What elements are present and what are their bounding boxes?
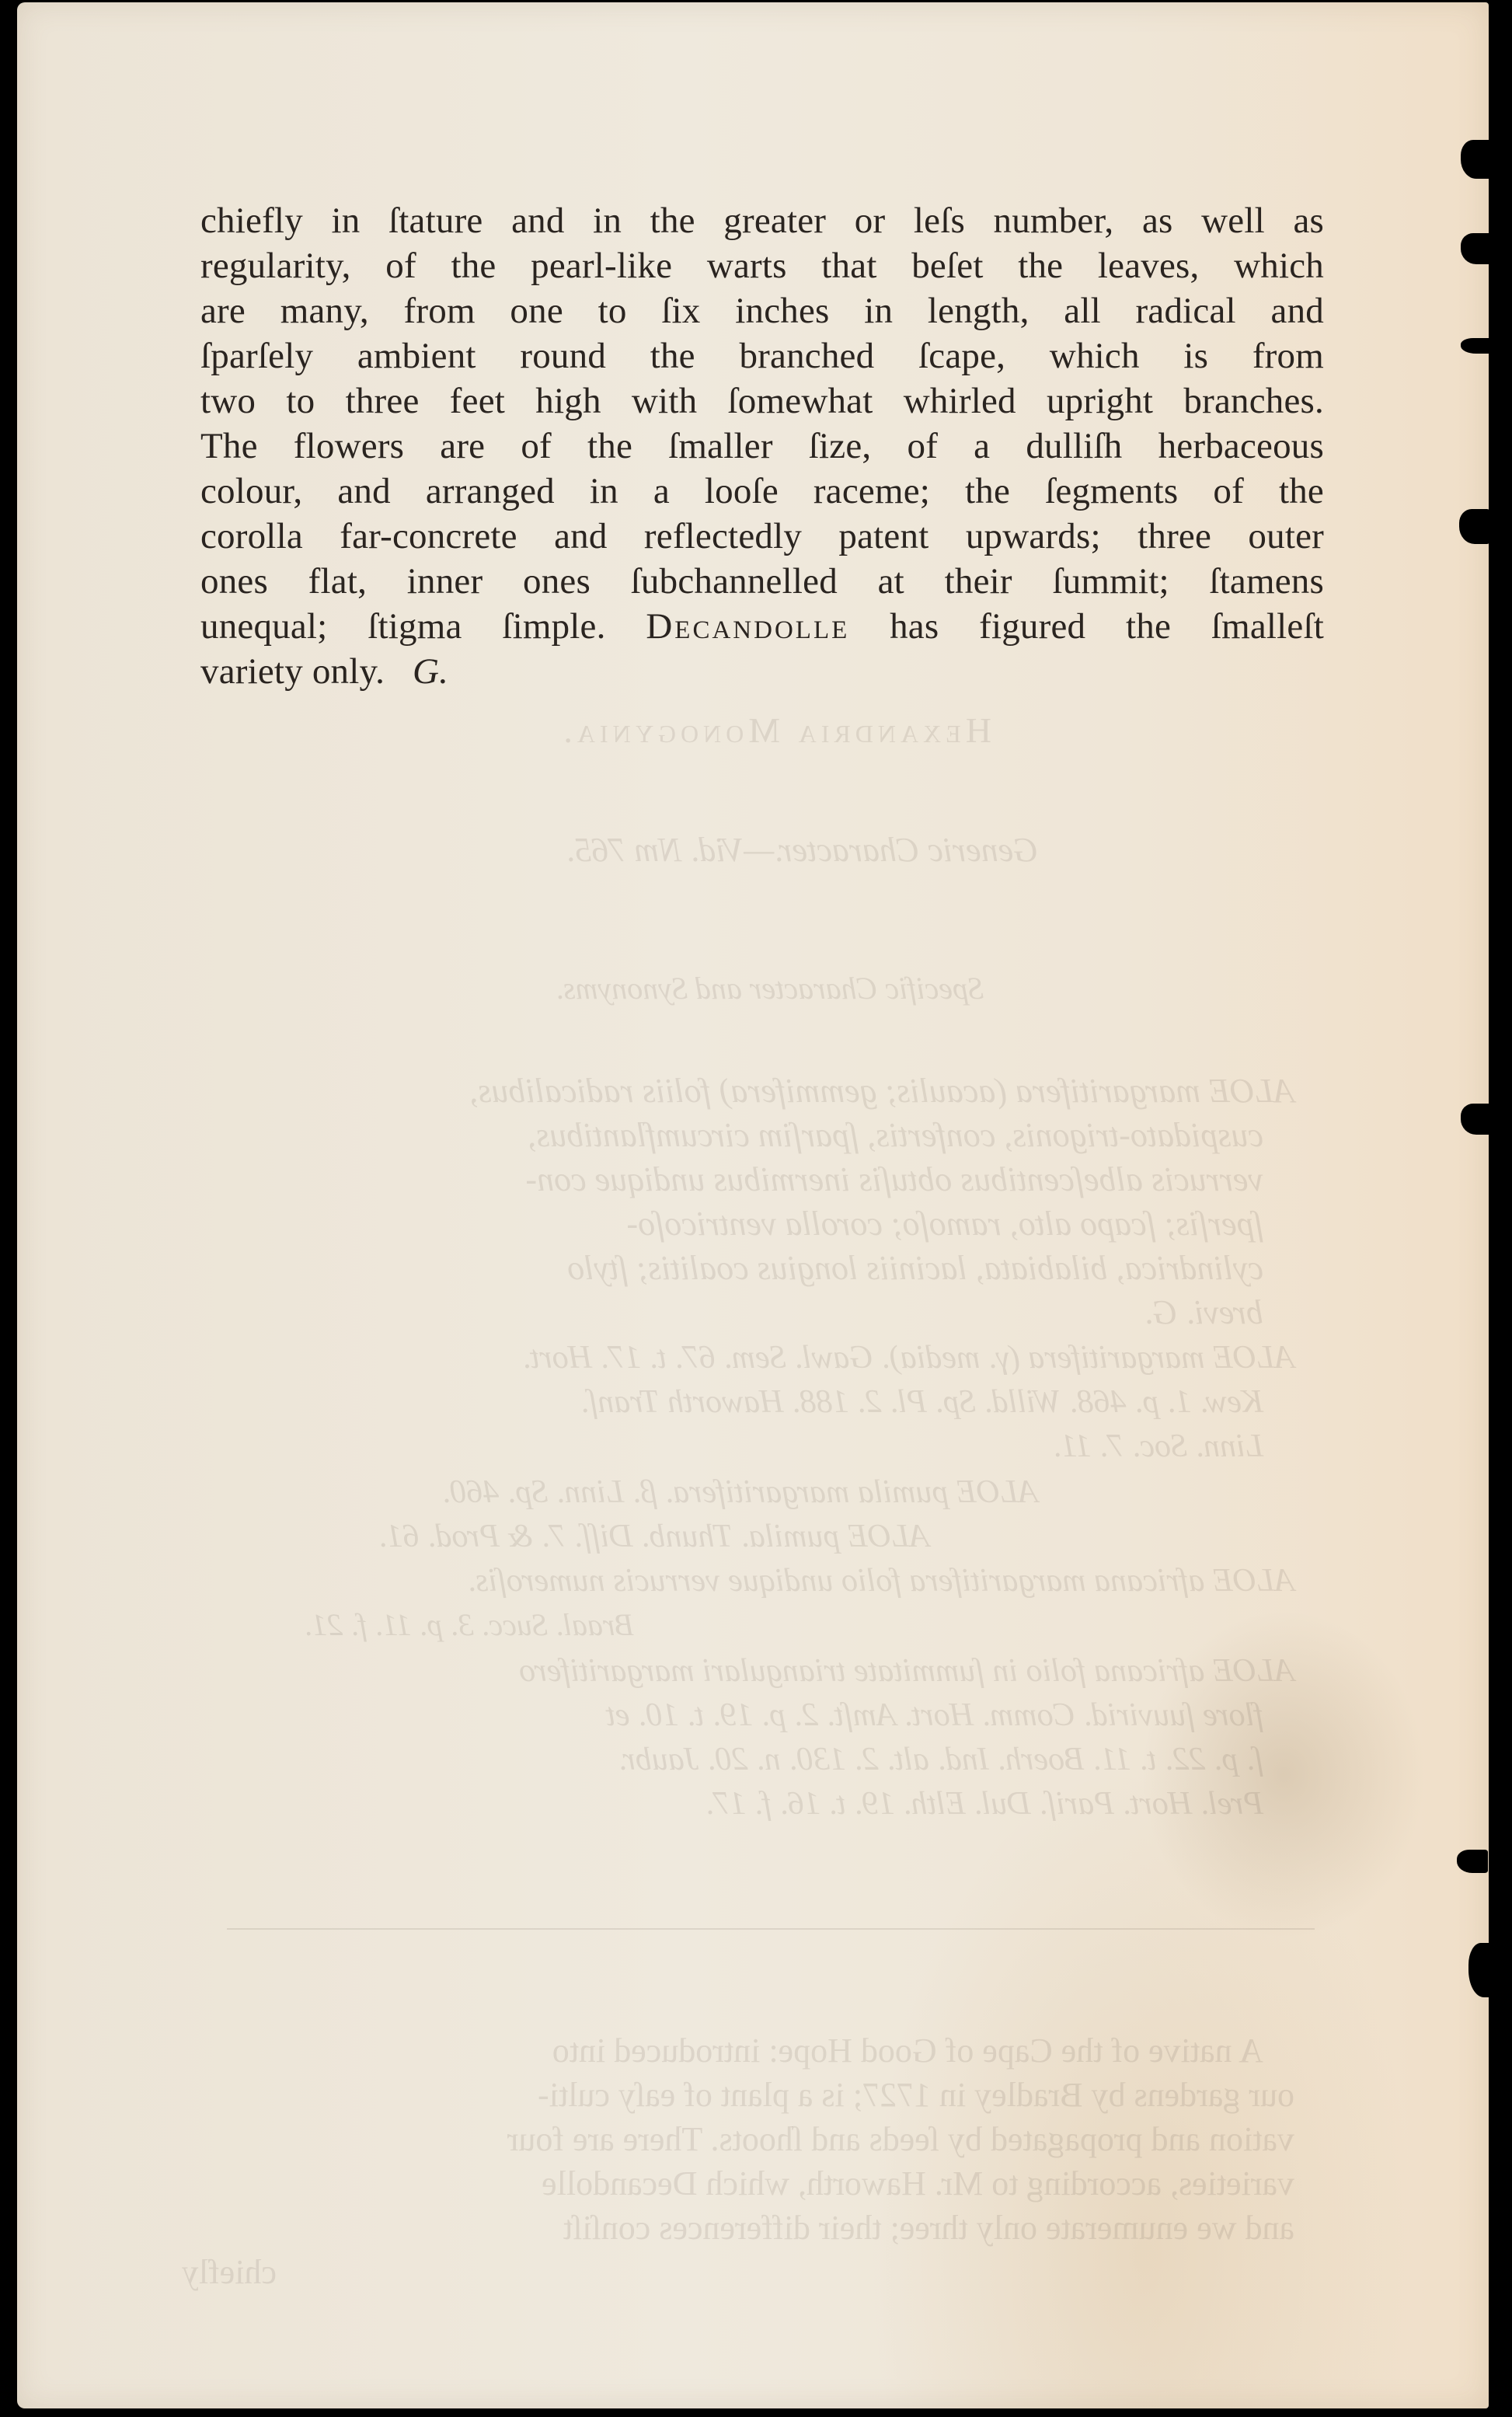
bleed-line: brevi. G. bbox=[1144, 1292, 1263, 1332]
bleed-line: ALOE africana folio in ſummitate triangu… bbox=[519, 1652, 1294, 1690]
bleed-line: chiefly bbox=[182, 2252, 277, 2292]
page-edge-tear bbox=[1461, 233, 1492, 264]
page-edge-tear bbox=[1468, 1943, 1500, 1997]
author-name: Decandolle bbox=[646, 606, 849, 647]
page-edge-tear bbox=[1461, 1104, 1492, 1135]
text-line: unequal; ſtigma ſimple. Decandolle has f… bbox=[200, 604, 1324, 649]
bleed-line: and we enumerate only three; their diffe… bbox=[563, 2208, 1294, 2248]
bleed-line: vation and propagated by ſeeds and ſhoot… bbox=[507, 2119, 1294, 2159]
text-line: variety only. G. bbox=[200, 649, 1324, 694]
text-line: regularity, of the pearl-like warts that… bbox=[200, 243, 1324, 288]
page-edge-tear bbox=[1461, 338, 1492, 354]
text-line: two to three feet high with ſomewhat whi… bbox=[200, 378, 1324, 424]
bleed-line: A native of the Cape of Good Hope: intro… bbox=[552, 2031, 1263, 2070]
text-line: The flowers are of the ſmaller ſize, of … bbox=[200, 424, 1324, 469]
body-text: chiefly in ſtature and in the greater or… bbox=[200, 198, 1324, 694]
bleed-line: Linn. Soc. 7. 11. bbox=[1053, 1428, 1263, 1465]
bleed-line: cuspidato-trigonis, confertis, ſparſim c… bbox=[528, 1115, 1263, 1155]
bleed-line: cylindrica, bilabiata, laciniis longius … bbox=[567, 1248, 1263, 1288]
text-line: ſparſely ambient round the branched ſcap… bbox=[200, 333, 1324, 378]
bleed-line: Hexandria Monogynia. bbox=[559, 710, 991, 751]
signature: G. bbox=[413, 651, 448, 692]
text-fragment: unequal; ſtigma ſimple. bbox=[200, 606, 606, 647]
bleed-line: ALOE africana margaritifera folio undiqu… bbox=[468, 1562, 1294, 1599]
show-through-rule bbox=[227, 1928, 1315, 1930]
bleed-line: varieties, according to Mr. Haworth, whi… bbox=[542, 2164, 1294, 2203]
text-fragment: has figured the ſmalleſt bbox=[890, 606, 1324, 647]
bleed-line: Braal. Succ. 3. p. 11. f. 21. bbox=[304, 1606, 634, 1643]
page-edge-tear bbox=[1461, 140, 1492, 179]
bleed-line: verrucis albeſcentibus obtuſis inermibus… bbox=[525, 1160, 1263, 1199]
text-line: are many, from one to ſix inches in leng… bbox=[200, 288, 1324, 333]
bleed-line: ſ. p. 22. t. 11. Boerh. Ind. alt. 2. 130… bbox=[618, 1741, 1263, 1778]
bleed-line: Specific Character and Synonyms. bbox=[556, 970, 984, 1006]
bleed-line: ALOE margaritifera (γ. media). Gawl. Sem… bbox=[522, 1339, 1294, 1376]
bleed-line: ALOE pumila. Thunb. Diſſ. 7. & Prod. 61. bbox=[378, 1518, 929, 1555]
page-edge-tear bbox=[1457, 1850, 1488, 1873]
bleed-line: Prel. Hort. Pariſ. Dul. Elth. 19. t. 16.… bbox=[705, 1785, 1263, 1822]
text-line: colour, and arranged in a looſe raceme; … bbox=[200, 469, 1324, 514]
bleed-line: ALOE margaritifera (acaulis; gemmifera) … bbox=[469, 1071, 1294, 1111]
bleed-line: Kew. 1. p. 468. Willd. Sp. Pl. 2. 188. H… bbox=[580, 1383, 1263, 1421]
text-line: corolla far-concrete and reflectedly pat… bbox=[200, 514, 1324, 559]
page-edge-tear bbox=[1459, 509, 1490, 544]
bleed-line: flore ſuuvirid. Comm. Hort. Amſt. 2. p. … bbox=[606, 1697, 1263, 1734]
text-line: ones flat, inner ones ſubchannelled at t… bbox=[200, 559, 1324, 604]
bleed-line: ALOE pumila margaritifera. β. Linn. Sp. … bbox=[442, 1474, 1038, 1511]
bleed-line: ſperſis; ſcapo alto, ramoſo; corolla ven… bbox=[626, 1204, 1263, 1243]
book-page: Hexandria Monogynia. Generic Character.—… bbox=[17, 2, 1489, 2408]
bleed-line: Generic Character.—Vid. Nm 765. bbox=[566, 830, 1038, 870]
text-fragment: variety only. bbox=[200, 651, 385, 692]
bleed-line: our gardens by Bradley in 1727; is a pla… bbox=[538, 2075, 1294, 2115]
text-line: chiefly in ſtature and in the greater or… bbox=[200, 198, 1324, 243]
